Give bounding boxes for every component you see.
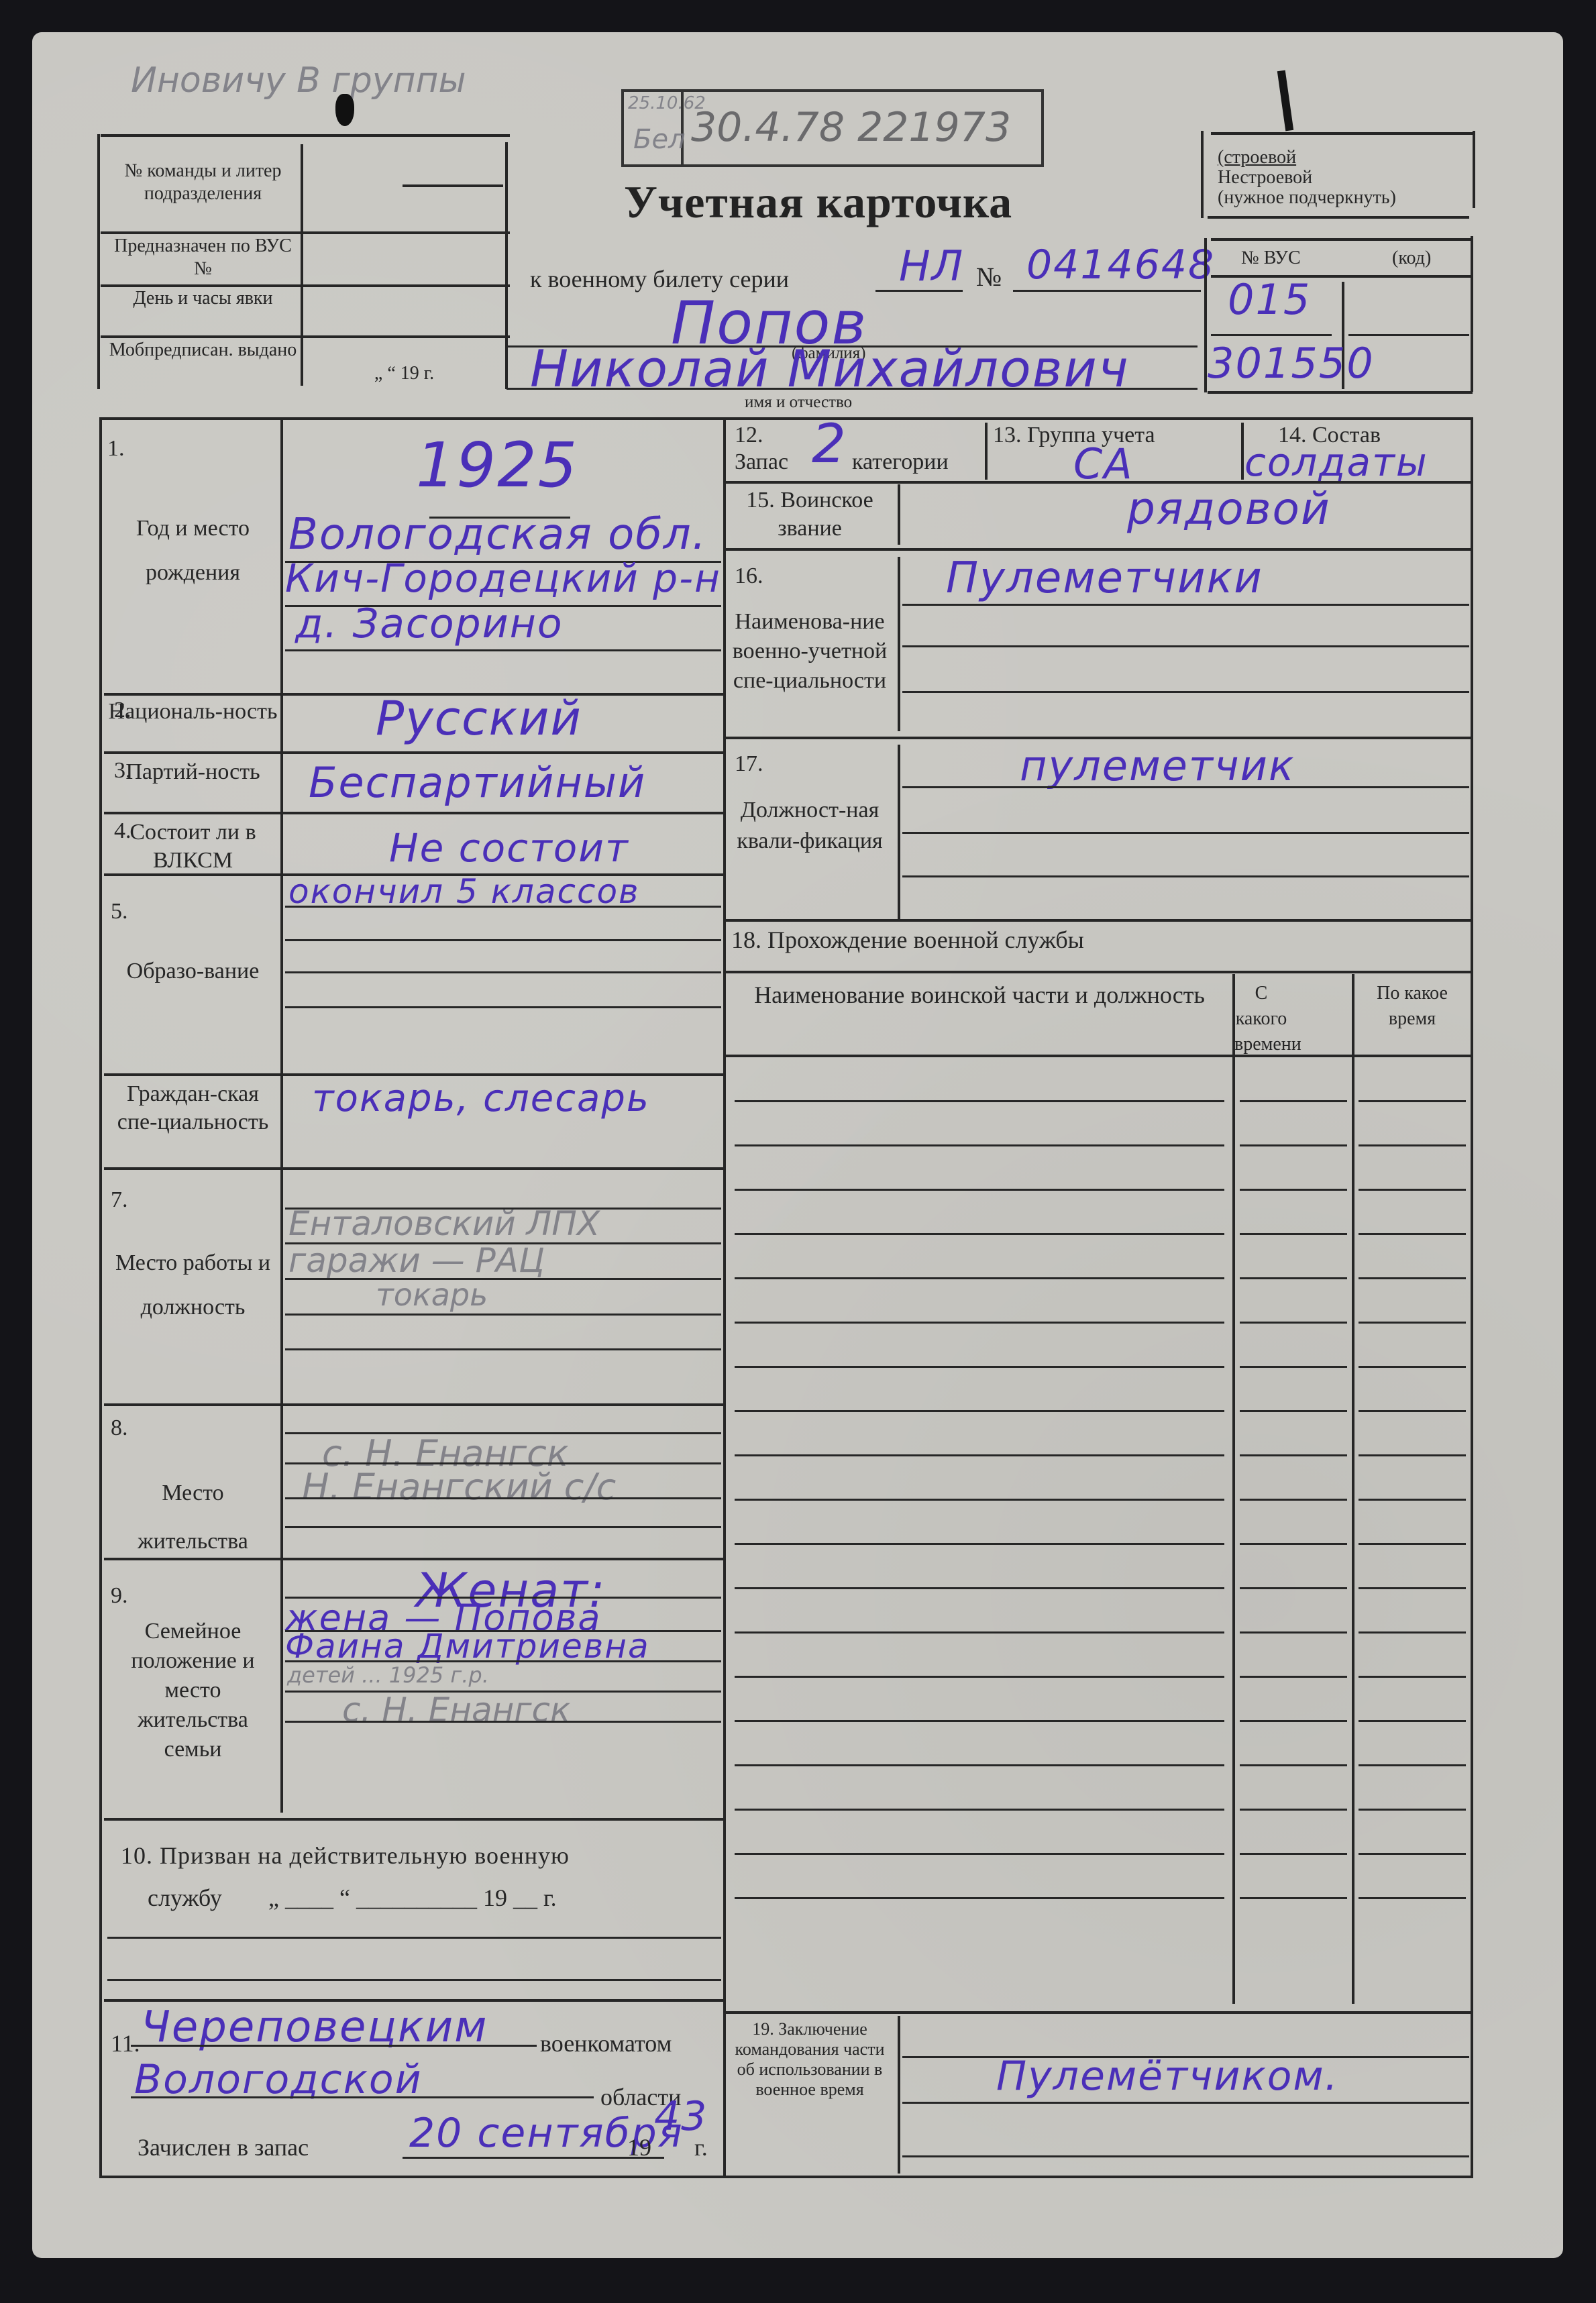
punch-hole-mark — [335, 94, 354, 126]
service-row-line — [735, 1410, 1224, 1412]
service-row-line — [1359, 1144, 1466, 1146]
vus-number: 015 — [1228, 275, 1311, 324]
service-row-line — [1240, 1587, 1347, 1589]
service-row-line — [1359, 1676, 1466, 1678]
col-to-header: По какое время — [1355, 981, 1469, 1032]
archive-stamp: 25.10.62 Бел 30.4.78 221973 — [621, 89, 1044, 167]
service-row-line — [1240, 1233, 1347, 1235]
service-row-line — [1240, 1720, 1347, 1722]
service-row-line — [735, 1631, 1224, 1633]
service-row-line — [1240, 1543, 1347, 1545]
vus-code: 301550 — [1208, 339, 1375, 388]
service-row-line — [1240, 1499, 1347, 1501]
service-row-line — [735, 1897, 1224, 1899]
service-row-line — [735, 1809, 1224, 1811]
service-row-line — [1240, 1676, 1347, 1678]
page-title: Учетная карточка — [624, 176, 1012, 229]
service-row-line — [735, 1720, 1224, 1722]
service-row-line — [1240, 1809, 1347, 1811]
service-row-line — [735, 1543, 1224, 1545]
service-row-line — [735, 1233, 1224, 1235]
service-row-line — [1240, 1277, 1347, 1279]
service-row-line — [1240, 1631, 1347, 1633]
service-row-line — [1359, 1454, 1466, 1456]
service-row-line — [1359, 1322, 1466, 1324]
service-row-line — [1359, 1366, 1466, 1368]
service-row-line — [735, 1676, 1224, 1678]
service-row-line — [735, 1189, 1224, 1191]
service-row-line — [1240, 1454, 1347, 1456]
service-row-line — [1359, 1809, 1466, 1811]
service-row-line — [1240, 1144, 1347, 1146]
service-row-line — [1359, 1897, 1466, 1899]
service-row-line — [735, 1322, 1224, 1324]
service-row-line — [1240, 1366, 1347, 1368]
service-row-line — [1359, 1720, 1466, 1722]
service-row-line — [1240, 1853, 1347, 1855]
service-row-line — [1359, 1233, 1466, 1235]
col-unit-header: Наименование воинской части и должность — [738, 981, 1221, 1009]
service-row-line — [1240, 1322, 1347, 1324]
reserve-category: 2 — [812, 413, 847, 475]
service-row-line — [1240, 1100, 1347, 1102]
service-row-line — [1359, 1853, 1466, 1855]
service-row-line — [735, 1454, 1224, 1456]
rank: рядовой — [1127, 483, 1331, 535]
service-row-line — [1359, 1100, 1466, 1102]
service-row-line — [1359, 1499, 1466, 1501]
service-row-line — [1240, 1410, 1347, 1412]
service-row-line — [1359, 1764, 1466, 1766]
service-row-line — [735, 1366, 1224, 1368]
service-row-line — [1359, 1543, 1466, 1545]
service-row-line — [1359, 1277, 1466, 1279]
service-row-line — [735, 1853, 1224, 1855]
service-row-line — [735, 1277, 1224, 1279]
service-row-line — [1359, 1631, 1466, 1633]
service-row-line — [1240, 1897, 1347, 1899]
composition: солдаты — [1244, 439, 1428, 485]
service-row-line — [1240, 1189, 1347, 1191]
pencil-note: Иновичу В группы — [131, 60, 466, 101]
service-row-line — [1359, 1587, 1466, 1589]
ticket-series: НЛ — [899, 242, 964, 290]
service-row-line — [735, 1764, 1224, 1766]
service-row-line — [1240, 1764, 1347, 1766]
ticket-number: 0414648 — [1026, 242, 1215, 288]
qualification: пулеметчик — [1020, 741, 1295, 790]
col-from-header: С какого времени — [1234, 981, 1288, 1057]
service-row-line — [735, 1499, 1224, 1501]
service-row-line — [735, 1144, 1224, 1146]
service-row-line — [735, 1587, 1224, 1589]
conclusion: Пулемётчиком. — [996, 2053, 1339, 2100]
service-row-line — [735, 1100, 1224, 1102]
military-specialty: Пулеметчики — [946, 553, 1263, 603]
service-row-line — [1359, 1410, 1466, 1412]
service-row-line — [1359, 1189, 1466, 1191]
